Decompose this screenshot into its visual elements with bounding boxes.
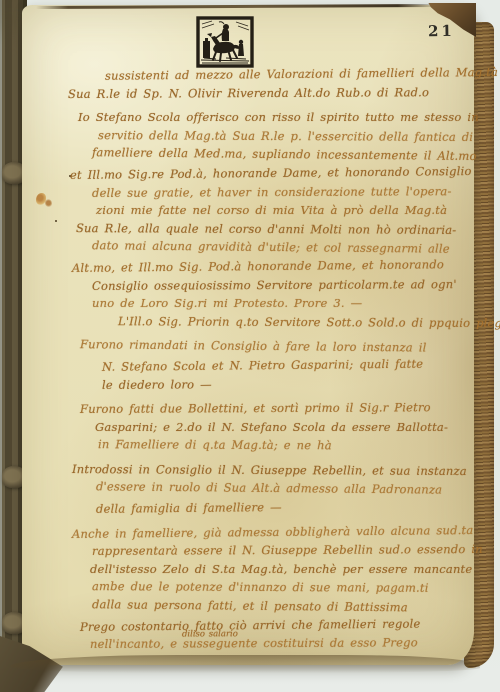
manuscript-line: delle sue gratie, et haver in consideraz… bbox=[92, 182, 462, 202]
manuscript-line: Furono fatti due Bollettini, et sortì pr… bbox=[80, 398, 462, 418]
manuscript-page: 21 bbox=[22, 5, 474, 665]
manuscript-line: rappresentarà essere il N. Giuseppe Rebe… bbox=[92, 540, 462, 560]
manuscript-line: Io Stefano Scola offerisco con risso il … bbox=[78, 108, 462, 127]
manuscript-paragraph: Furono rimandati in Consiglio à fare la … bbox=[22, 337, 462, 393]
manuscript-paragraph: Furono fatti due Bollettini, et sortì pr… bbox=[22, 399, 462, 455]
manuscript-line: et Ill.mo Sig.re Pod.à, honorande Dame, … bbox=[70, 162, 462, 184]
manuscript-paragraph: Anche in famelliere, già admessa obbligh… bbox=[22, 523, 462, 653]
manuscript-text: sussistenti ad mezzo alle Valorazioni di… bbox=[22, 65, 462, 653]
page-top-edge bbox=[36, 4, 438, 9]
manuscript-line: Alt.mo, et Ill.mo Sig. Pod.à honorande D… bbox=[72, 255, 462, 277]
manuscript-line: in Famelliere di q.ta Mag.tà; e ne hà bbox=[98, 435, 462, 455]
folio-number: 21 bbox=[428, 22, 455, 40]
horseman-stamp bbox=[196, 16, 254, 70]
manuscript-line: zioni mie fatte nel corso di mia Vita à … bbox=[96, 201, 462, 220]
manuscript-line: sussistenti ad mezzo alle Valorazioni di… bbox=[105, 63, 462, 85]
manuscript-line: uno de Loro Sig.ri mi Protesto. Prore 3.… bbox=[92, 294, 462, 313]
manuscript-line: N. Stefano Scola et N. Pietro Gasparini;… bbox=[102, 354, 462, 376]
manuscript-line: dell'istesso Zelo di S.ta Mag.tà, benchè… bbox=[90, 560, 462, 579]
horseman-woodcut-icon bbox=[196, 16, 254, 70]
book-bottom-shadow bbox=[10, 655, 480, 673]
manuscript-line: L'Ill.o Sig. Priorin q.to Servitore Sott… bbox=[118, 312, 462, 332]
interlinear-insertion: diliso salario bbox=[182, 625, 238, 644]
manuscript-line: Consiglio ossequiosissimo Servitore part… bbox=[92, 275, 462, 295]
manuscript-line: della famiglia di famelliere — bbox=[96, 496, 462, 518]
manuscript-line: Sua R.le id Sp. N. Olivir Riverenda Alt.… bbox=[68, 83, 462, 104]
manuscript-line: nell'incanto, e susseguente costituirsi … bbox=[90, 633, 462, 653]
manuscript-paragraph: Io Stefano Scola offerisco con risso il … bbox=[22, 108, 462, 331]
manuscript-line: Gasparini; e 2.do il N. Stefano Scola da… bbox=[95, 418, 462, 437]
manuscript-line: le diedero loro — bbox=[102, 374, 462, 394]
manuscript-paragraph: Introdossi in Consiglio il N. Giuseppe R… bbox=[22, 461, 462, 517]
manuscript-paragraph: sussistenti ad mezzo alle Valorazioni di… bbox=[22, 65, 462, 102]
manuscript-photo: 21 bbox=[0, 0, 500, 692]
